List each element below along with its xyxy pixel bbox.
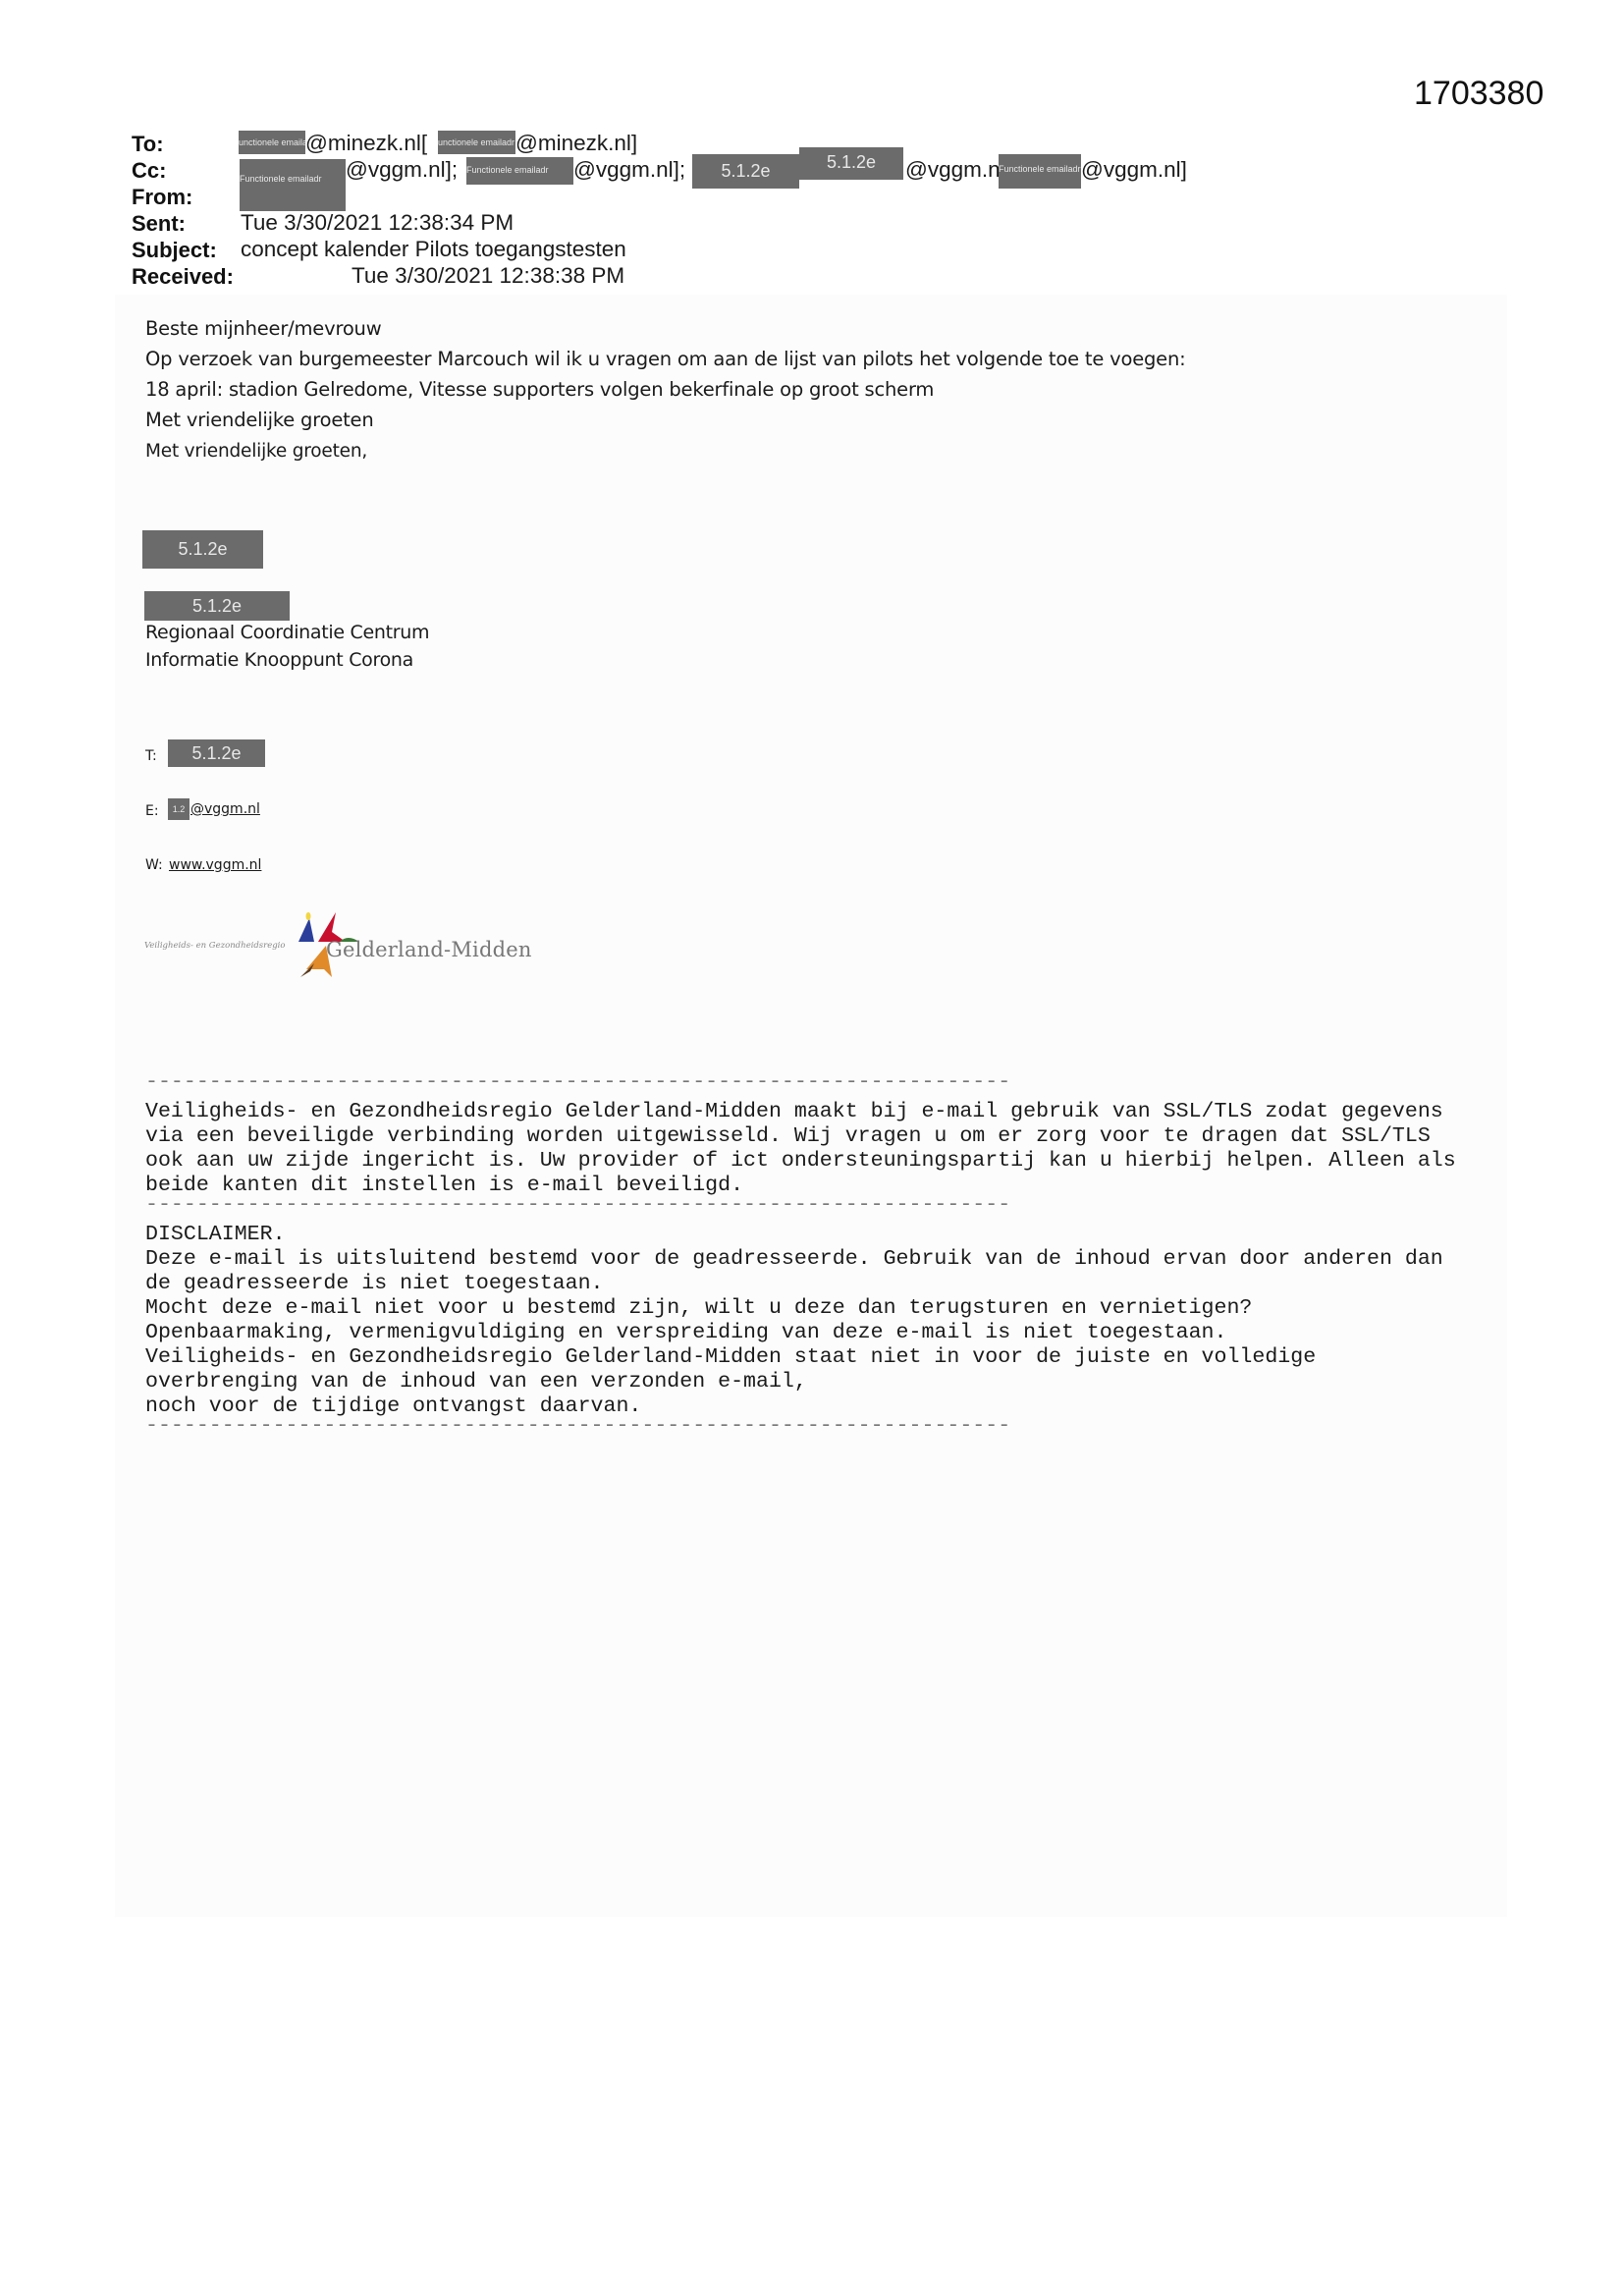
body-line: Op verzoek van burgemeester Marcouch wil… [145,348,1186,370]
signature-name-redaction: 5.1.2e [142,530,263,569]
received-label: Received: [132,263,234,290]
web-url[interactable]: www.vggm.nl [169,857,261,873]
cc-redaction-1: Functionele emailadr [240,159,346,211]
body-line: 18 april: stadion Gelredome, Vitesse sup… [145,378,934,401]
email-redaction: 1.2 [168,798,189,820]
disclaimer-line: Deze e-mail is uitsluitend bestemd voor … [145,1247,1443,1272]
body-line: Met vriendelijke groeten, [145,441,367,462]
ssl-line: via een beveiligde verbinding worden uit… [145,1124,1431,1149]
to-domain-1: @minezk.nl[ [305,130,427,156]
sent-value: Tue 3/30/2021 12:38:34 PM [241,209,514,236]
logo-tagline: Veiligheids- en Gezondheidsregio [144,941,286,951]
separator: ----------------------------------------… [145,1070,1010,1095]
received-value: Tue 3/30/2021 12:38:38 PM [352,262,624,289]
phone-redaction: 5.1.2e [168,739,265,767]
disclaimer-title: DISCLAIMER. [145,1223,286,1247]
disclaimer-line: Openbaarmaking, vermenigvuldiging en ver… [145,1321,1226,1345]
cc-redaction-5: Functionele emailadr [999,154,1081,189]
cc-redaction-2: Functionele emailadr [466,157,573,185]
web-label: W: [145,857,163,873]
org-line-1: Regionaal Coordinatie Centrum [145,622,429,643]
body-line: Beste mijnheer/mevrouw [145,317,381,340]
ssl-line: ook aan uw zijde ingericht is. Uw provid… [145,1149,1456,1174]
phone-label: T: [145,748,157,764]
disclaimer-line: overbrenging van de inhoud van een verzo… [145,1370,807,1394]
body-line: Met vriendelijke groeten [145,409,374,431]
disclaimer-line: Veiligheids- en Gezondheidsregio Gelderl… [145,1345,1316,1370]
cc-redaction-3: 5.1.2e [692,154,799,189]
cc-domain-1: @vggm.nl]; [346,156,458,183]
from-label: From: [132,184,192,210]
web-link[interactable]: www.vggm.nl [169,857,261,873]
cc-domain-2: @vggm.nl]; [573,156,685,183]
signature-title-redaction: 5.1.2e [144,591,290,621]
subject-label: Subject: [132,237,217,263]
separator: ----------------------------------------… [145,1193,1010,1218]
document-number: 1703380 [1414,75,1543,113]
ssl-line: Veiligheids- en Gezondheidsregio Gelderl… [145,1100,1443,1124]
org-line-2: Informatie Knooppunt Corona [145,649,413,671]
separator: ----------------------------------------… [145,1414,1010,1439]
disclaimer-line: Mocht deze e-mail niet voor u bestemd zi… [145,1296,1252,1321]
to-label: To: [132,131,164,157]
email-domain[interactable]: @vggm.nl [190,801,260,817]
cc-redaction-4: 5.1.2e [799,147,903,180]
logo-name: Gelderland-Midden [326,938,532,961]
to-domain-2: @minezk.nl] [515,130,637,156]
to-redaction-2: unctionele emailadr [438,131,515,154]
sent-label: Sent: [132,210,186,237]
disclaimer-line: de geadresseerde is niet toegestaan. [145,1272,604,1296]
email-label: E: [145,803,159,819]
subject-value: concept kalender Pilots toegangstesten [241,236,626,262]
email-link[interactable]: @vggm.nl [190,801,260,817]
to-redaction-1: unctionele emailadr [239,131,305,154]
cc-label: Cc: [132,157,166,184]
cc-domain-4: @vggm.nl] [1081,156,1187,183]
